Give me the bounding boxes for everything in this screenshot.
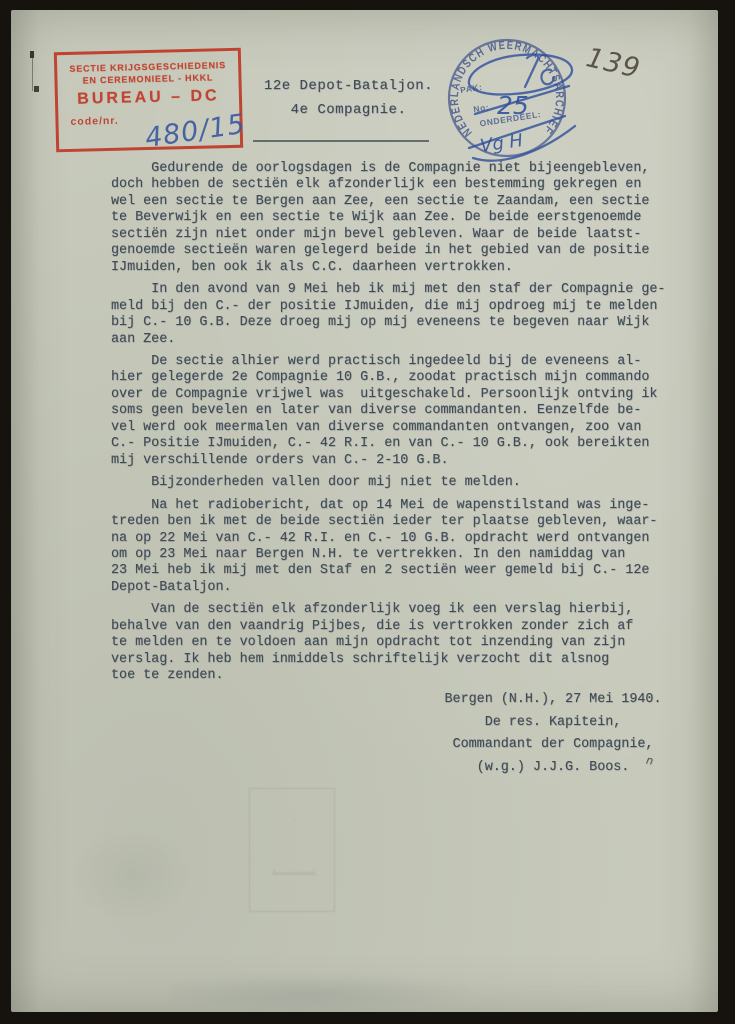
document-header: 12e Depot-Bataljon. 4e Compagnie.: [256, 74, 441, 122]
signature-block: Bergen (N.H.), 27 Mei 1940. De res. Kapi…: [427, 689, 679, 779]
signed-name-text: (w.g.) J.J.G. Boos.: [477, 760, 630, 775]
typed-paragraph: In den avond van 9 Mei heb ik mij met de…: [111, 282, 686, 348]
stamp-bureau-line: BUREAU – DC: [58, 87, 239, 109]
round-archive-stamp: NEDERLANDSCH WEERMACHTSARCHIEF PAK: No: …: [435, 26, 585, 176]
handwritten-page-number: 139: [583, 42, 643, 84]
signature-title: Commandant der Compagnie,: [427, 734, 679, 757]
stamp-no-value: 25: [497, 91, 529, 120]
document-page: SECTIE KRIJGSGESCHIEDENIS EN CEREMONIEEL…: [11, 10, 718, 1012]
bleedthrough-smudge: [171, 972, 481, 1014]
signature-name: (w.g.) J.J.G. Boos. n: [427, 757, 679, 780]
ink-speck: [34, 86, 39, 92]
paper-stain: [71, 830, 191, 920]
signature-rank: De res. Kapitein,: [427, 712, 679, 735]
typed-paragraph: Gedurende de oorlogsdagen is de Compagni…: [111, 161, 686, 276]
stamp-onderdeel-value: Vg H: [479, 130, 525, 157]
header-underline: [253, 140, 429, 142]
paper-scratch: [32, 57, 33, 91]
typed-paragraph: Van de sectiën elk afzonderlijk voeg ik …: [111, 602, 686, 684]
archive-stamp-graphic: NEDERLANDSCH WEERMACHTSARCHIEF PAK: No: …: [435, 26, 585, 176]
typed-paragraph: Bijzonderheden vallen door mij niet te m…: [111, 475, 686, 491]
typed-paragraph: Na het radiobericht, dat op 14 Mei de wa…: [111, 498, 686, 597]
report-body: Gedurende de oorlogsdagen is de Compagni…: [111, 161, 686, 691]
signature-place-date: Bergen (N.H.), 27 Mei 1940.: [427, 689, 679, 712]
unit-battalion: 12e Depot-Bataljon.: [256, 74, 441, 98]
red-registry-stamp: SECTIE KRIJGSGESCHIEDENIS EN CEREMONIEEL…: [54, 48, 243, 153]
unit-company: 4e Compagnie.: [256, 98, 441, 122]
bleedthrough-stamp-ghost: [249, 788, 335, 912]
typed-paragraph: De sectie alhier werd practisch ingedeel…: [111, 354, 686, 469]
